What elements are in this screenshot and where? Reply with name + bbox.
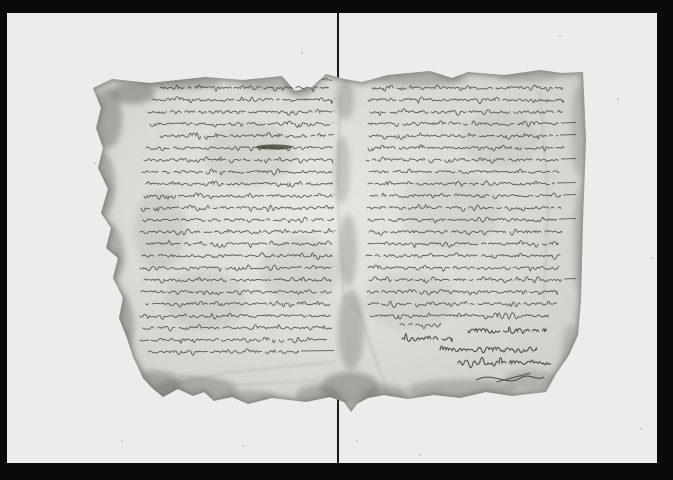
manuscript-paper [88, 66, 592, 418]
microfilm-frame [0, 0, 673, 480]
scan-viewer [0, 0, 673, 480]
